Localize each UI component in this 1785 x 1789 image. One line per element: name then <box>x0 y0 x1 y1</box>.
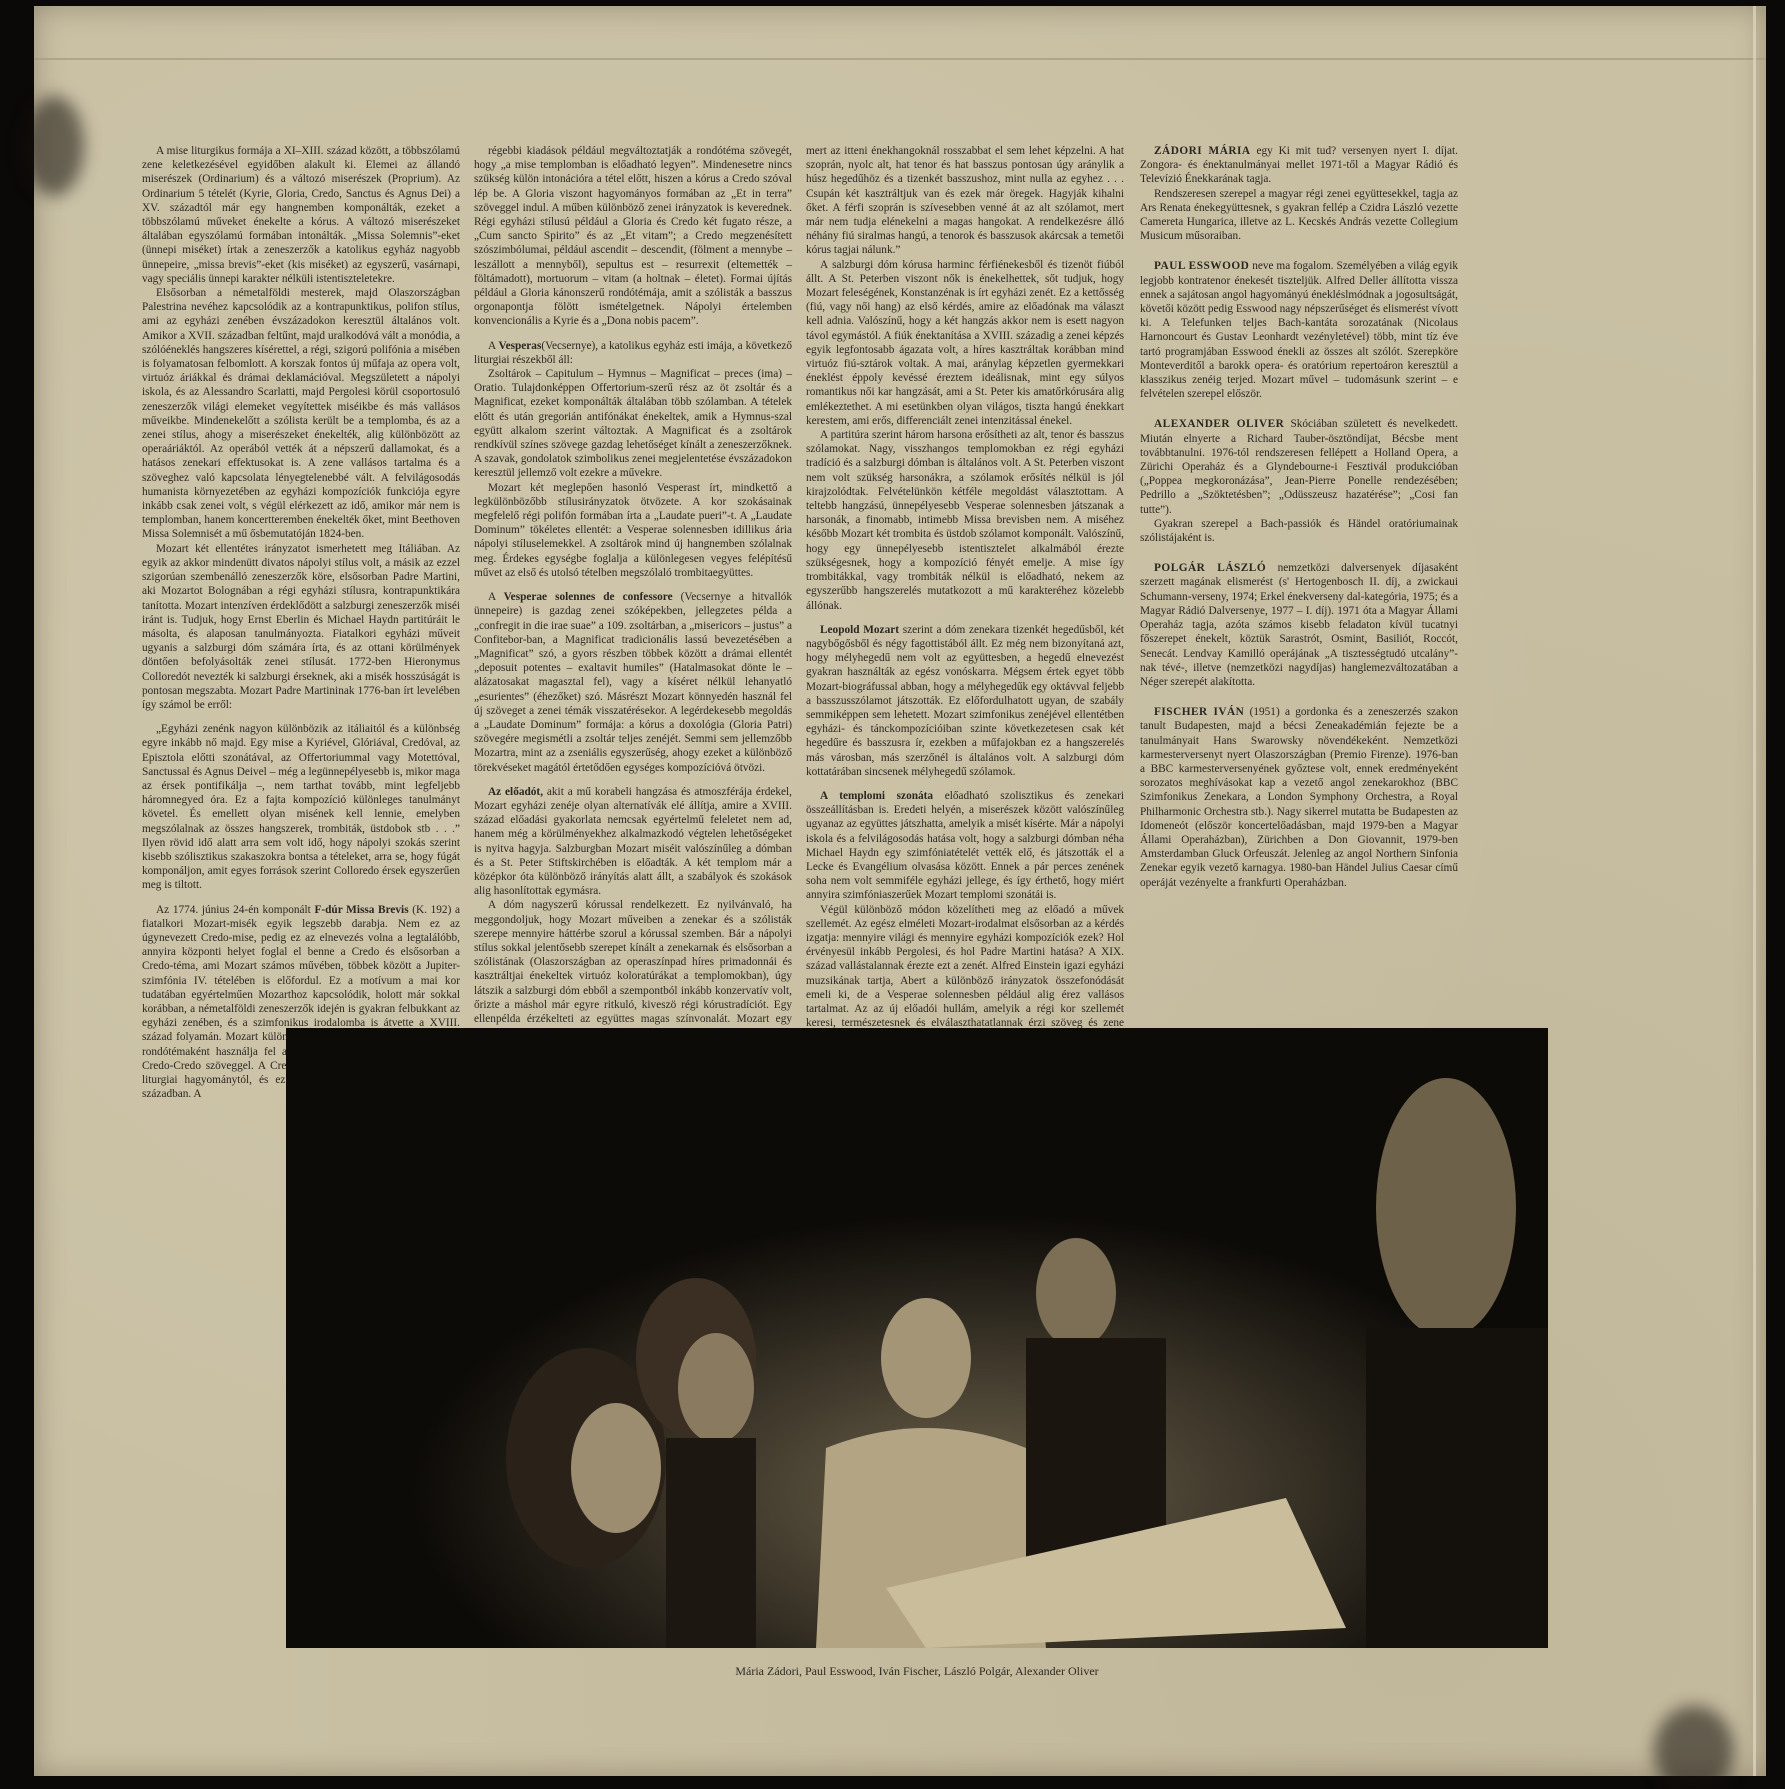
bio-name: ALEXANDER OLIVER <box>1154 418 1284 430</box>
bio-name: FISCHER IVÁN <box>1154 706 1244 718</box>
bio-polgar-laszlo: POLGÁR LÁSZLÓ nemzetközi dalversenyek dí… <box>1140 561 1458 689</box>
album-sleeve-back: A mise liturgikus formája a XI–XIII. szá… <box>34 6 1766 1776</box>
bio-alexander-oliver: ALEXANDER OLIVER Skóciában született és … <box>1140 417 1458 545</box>
group-photo-illustration <box>286 1028 1548 1648</box>
paragraph-two-vespers: Mozart két meglepően hasonló Vesperast í… <box>474 481 792 580</box>
term-templomi-szonata: A templomi szonáta <box>820 790 933 802</box>
finger-shadow <box>24 96 84 196</box>
group-photo <box>286 1028 1548 1648</box>
term-az-eloadot: Az előadót, <box>488 786 543 798</box>
finger-shadow <box>1654 1706 1734 1789</box>
text-column-1: A mise liturgikus formája a XI–XIII. szá… <box>142 144 460 1101</box>
paragraph-leopold-mozart: Leopold Mozart szerint a dóm zenekara ti… <box>806 623 1124 779</box>
bio-name: PAUL ESSWOOD <box>1154 260 1249 272</box>
paragraph-church-sonata: A templomi szonáta előadható szolisztiku… <box>806 789 1124 903</box>
paragraph-vesperae-solennes: A Vesperae solennes de confessore (Vecse… <box>474 590 792 775</box>
paragraph-letter-quote: „Egyházi zenénk nagyon különbözik az itá… <box>142 722 460 892</box>
paragraph-salzburg-choir: A salzburgi dóm kórusa harminc férfiének… <box>806 258 1124 428</box>
bio-paul-esswood: PAUL ESSWOOD neve ma fogalom. Személyébe… <box>1140 259 1458 401</box>
paragraph-letter-continued: mert az itteni énekhangoknál rosszabbat … <box>806 144 1124 258</box>
bio-fischer-ivan: FISCHER IVÁN (1951) a gordonka és a zene… <box>1140 705 1458 890</box>
paragraph-performer: Az előadót, akit a mű korabeli hangzása … <box>474 785 792 899</box>
photo-caption: Mária Zádori, Paul Esswood, Iván Fischer… <box>286 1664 1548 1679</box>
term-vesperas: Vesperas <box>498 340 541 352</box>
sleeve-spine-edge <box>1753 6 1756 1776</box>
bio-name: POLGÁR LÁSZLÓ <box>1154 562 1266 574</box>
paragraph-mass-form: A mise liturgikus formája a XI–XIII. szá… <box>142 144 460 286</box>
paragraph-trombones: A partitúra szerint három harsona erősít… <box>806 428 1124 613</box>
paragraph-vesperas-intro: A Vesperas(Vecsernye), a katolikus egyhá… <box>474 339 792 367</box>
text-column-3: mert az itteni énekhangoknál rosszabbat … <box>806 144 1124 1087</box>
name-leopold-mozart: Leopold Mozart <box>820 624 899 636</box>
text-column-2: régebbi kiadások például megváltoztatják… <box>474 144 792 1083</box>
text-column-4-biographies: ZÁDORI MÁRIA egy Ki mit tud? versenyen n… <box>1140 144 1458 906</box>
fold-line <box>34 58 1766 60</box>
work-title-vesperae-solennes: Vesperae solennes de confessore <box>504 591 673 603</box>
work-title-f-dur-missa-brevis: F-dúr Missa Brevis <box>314 904 408 916</box>
paragraph-psalms: Zsoltárok – Capitulum – Hymnus – Magnifi… <box>474 367 792 481</box>
paragraph-older-editions: régebbi kiadások például megváltoztatják… <box>474 144 792 329</box>
bio-zadori-maria: ZÁDORI MÁRIA egy Ki mit tud? versenyen n… <box>1140 144 1458 243</box>
paragraph-mozart-italy: Mozart két ellentétes irányzatot ismerhe… <box>142 542 460 712</box>
bio-name: ZÁDORI MÁRIA <box>1154 145 1251 157</box>
paragraph-polyphony: Elsősorban a németalföldi mesterek, majd… <box>142 286 460 542</box>
